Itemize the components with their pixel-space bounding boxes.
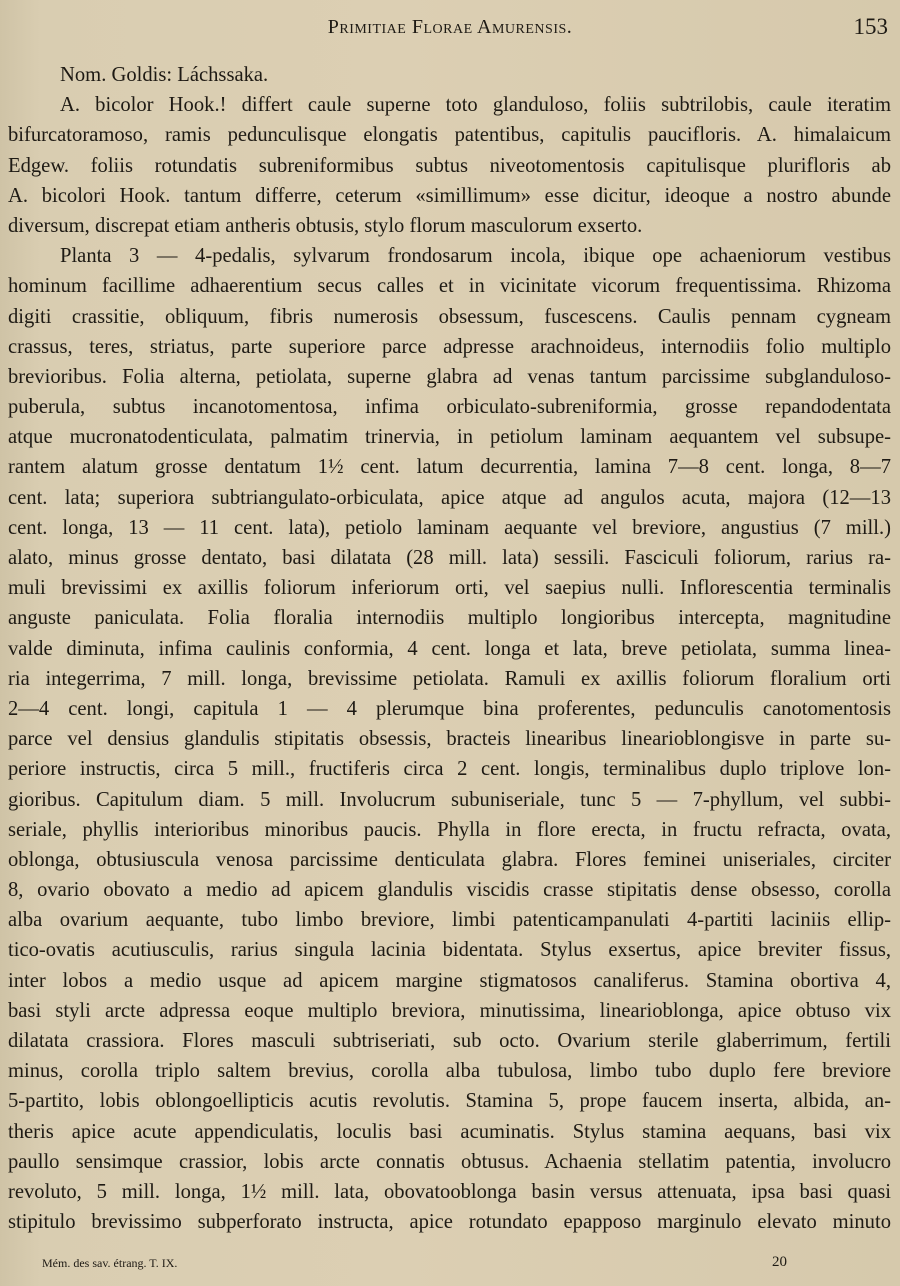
text-line: parce vel densius glandulis stipitatis o… — [8, 724, 891, 754]
running-title: Primitiae Florae Amurensis. — [0, 16, 900, 39]
text-line: gioribus. Capitulum diam. 5 mill. Involu… — [8, 785, 891, 815]
page-footer: Mém. des sav. étrang. T. IX. 20 — [0, 1256, 900, 1276]
text-line: crassus, teres, striatus, parte superior… — [8, 332, 891, 362]
scanned-page: Primitiae Florae Amurensis. 153 Nom. Gol… — [0, 0, 900, 1286]
text-line: revoluto, 5 mill. longa, 1½ mill. lata, … — [8, 1177, 891, 1207]
text-line: rantem alatum grosse dentatum 1½ cent. l… — [8, 452, 891, 482]
text-line: alba ovarium aequante, tubo limbo brevio… — [8, 905, 891, 935]
text-line: ria integerrima, 7 mill. longa, brevissi… — [8, 664, 891, 694]
text-line: bifurcatoramoso, ramis pedunculisque elo… — [8, 120, 891, 150]
text-line: stipitulo brevissimo subperforato instru… — [8, 1207, 891, 1237]
text-line: muli brevissimi ex axillis foliorum infe… — [8, 573, 891, 603]
text-line: tico-ovatis acutiusculis, rarius singula… — [8, 935, 891, 965]
text-line: theris apice acute appendiculatis, locul… — [8, 1117, 891, 1147]
text-line: 5-partito, lobis oblongoellipticis acuti… — [8, 1086, 891, 1116]
text-line: minus, corolla triplo saltem brevius, co… — [8, 1056, 891, 1086]
text-line: puberula, subtus incanotomentosa, infima… — [8, 392, 891, 422]
text-line: basi styli arcte adpressa eoque multiplo… — [8, 996, 891, 1026]
page-header: Primitiae Florae Amurensis. 153 — [0, 12, 900, 42]
footer-sheet-number: 20 — [772, 1254, 787, 1271]
text-line: alato, minus grosse dentato, basi dilata… — [8, 543, 891, 573]
text-line: atque mucronatodenticulata, palmatim tri… — [8, 422, 891, 452]
page-number: 153 — [854, 14, 889, 40]
text-line: inter lobos a medio usque ad apicem marg… — [8, 966, 891, 996]
text-line: Edgew. foliis rotundatis subreniformibus… — [8, 151, 891, 181]
text-line: diversum, discrepat etiam antheris obtus… — [8, 211, 891, 241]
text-line: 8, ovario obovato a medio ad apicem glan… — [8, 875, 891, 905]
text-line: 2—4 cent. longi, capitula 1 — 4 plerumqu… — [8, 694, 891, 724]
body-text: Nom. Goldis: Láchssaka.A. bicolor Hook.!… — [8, 60, 891, 1237]
text-line: Planta 3 — 4-pedalis, sylvarum frondosar… — [8, 241, 891, 271]
text-line: paullo sensimque crassior, lobis arcte c… — [8, 1147, 891, 1177]
text-line: hominum facillime adhaerentium secus cal… — [8, 271, 891, 301]
text-line: dilatata crassiora. Flores masculi subtr… — [8, 1026, 891, 1056]
text-line: anguste paniculata. Folia floralia inter… — [8, 603, 891, 633]
text-line: periore instructis, circa 5 mill., fruct… — [8, 754, 891, 784]
text-line: seriale, phyllis interioribus minoribus … — [8, 815, 891, 845]
text-line: oblonga, obtusiuscula venosa parcissime … — [8, 845, 891, 875]
text-line: A. bicolor Hook.! differt caule superne … — [8, 90, 891, 120]
text-line: Nom. Goldis: Láchssaka. — [8, 60, 891, 90]
footer-signature: Mém. des sav. étrang. T. IX. — [42, 1256, 177, 1271]
text-line: valde diminuta, infima caulinis conformi… — [8, 634, 891, 664]
text-line: A. bicolori Hook. tantum differre, ceter… — [8, 181, 891, 211]
text-line: digiti crassitie, obliquum, fibris numer… — [8, 302, 891, 332]
text-line: cent. lata; superiora subtriangulato-orb… — [8, 483, 891, 513]
text-line: cent. longa, 13 — 11 cent. lata), petiol… — [8, 513, 891, 543]
text-line: brevioribus. Folia alterna, petiolata, s… — [8, 362, 891, 392]
